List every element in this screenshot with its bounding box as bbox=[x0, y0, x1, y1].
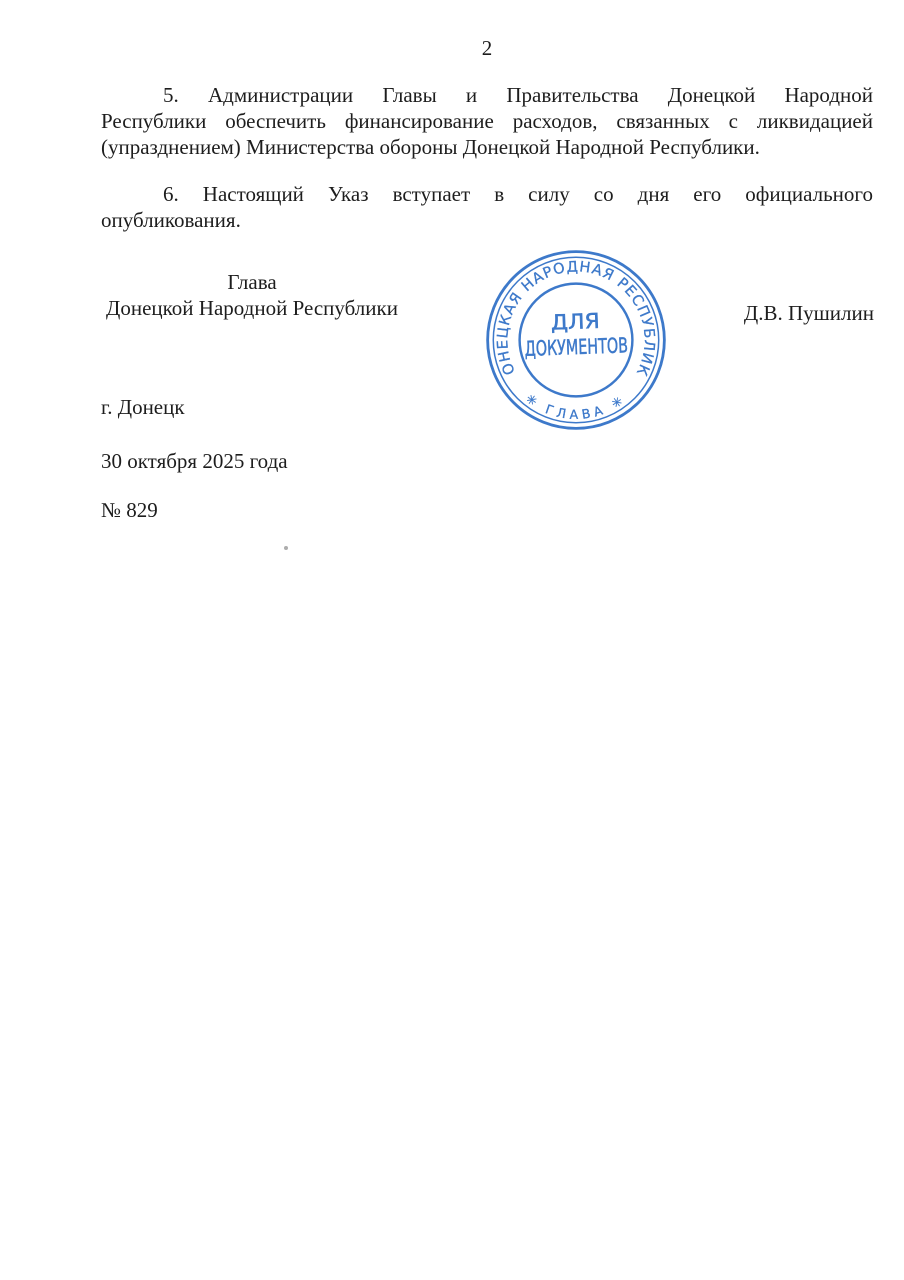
paragraph-line: опубликования. bbox=[101, 207, 873, 233]
paragraph-line: Республики обеспечить финансирование рас… bbox=[101, 108, 873, 134]
signer-post-line2: Донецкой Народной Республики bbox=[101, 295, 403, 321]
decree-page-2: 2 5. Администрации Главы и Правительства… bbox=[0, 0, 904, 1280]
official-stamp: ДОНЕЦКАЯ НАРОДНАЯ РЕСПУБЛИКА ✳ ГЛАВА ✳ Д… bbox=[482, 246, 670, 434]
decree-paragraph-6: 6. Настоящий Указ вступает в силу со дня… bbox=[101, 181, 873, 233]
signer-post-line1: Глава bbox=[101, 269, 403, 295]
paragraph-line: 6. Настоящий Указ вступает в силу со дня… bbox=[101, 181, 873, 207]
decree-body: 5. Администрации Главы и Правительства Д… bbox=[101, 82, 873, 233]
stamp-center-line1: ДЛЯ bbox=[551, 309, 601, 335]
document-number-line: № 829 bbox=[101, 497, 158, 523]
stamp-center-line2: ДОКУМЕНТОВ bbox=[524, 333, 628, 361]
scan-speck bbox=[284, 546, 288, 550]
paragraph-line: (упразднением) Министерства обороны Доне… bbox=[101, 134, 873, 160]
date-line: 30 октября 2025 года bbox=[101, 448, 288, 474]
decree-paragraph-5: 5. Администрации Главы и Правительства Д… bbox=[101, 82, 873, 160]
signature-block: Глава Донецкой Народной Республики bbox=[101, 269, 403, 321]
paragraph-line: 5. Администрации Главы и Правительства Д… bbox=[101, 82, 873, 108]
page-number: 2 bbox=[101, 36, 873, 61]
place-line: г. Донецк bbox=[101, 394, 185, 420]
